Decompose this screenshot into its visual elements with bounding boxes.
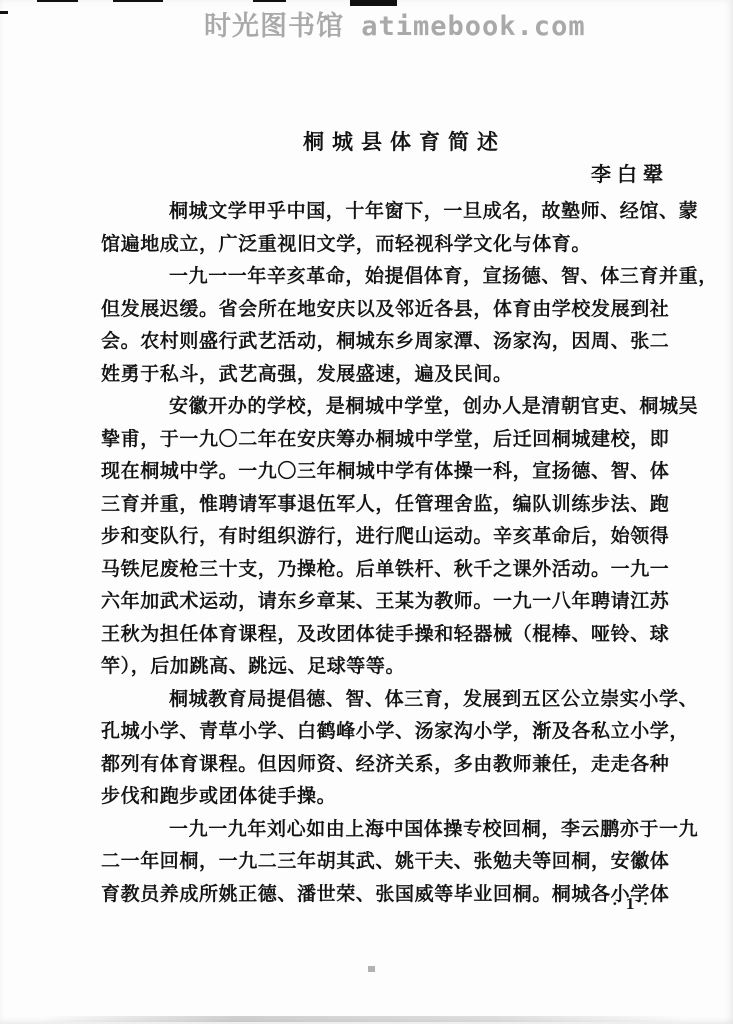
scan-artifact bbox=[37, 0, 78, 2]
text-line: 会。农村则盛行武艺活动，桐城东乡周家潭、汤家沟，因周、张二 bbox=[101, 326, 676, 359]
text-line: 挚甫，于一九〇二年在安庆筹办桐城中学堂，后迁回桐城建校，即 bbox=[101, 424, 676, 457]
text-line: 六年加武术运动，请东乡章某、王某为教师。一九一八年聘请江苏 bbox=[101, 586, 676, 619]
text-line: 育教员养成所姚正德、潘世荣、张国威等毕业回桐。桐城各小学体 bbox=[101, 879, 676, 912]
text-line: 步和变队行，有时组织游行，进行爬山运动。辛亥革命后，始领得 bbox=[101, 521, 676, 554]
scan-artifact bbox=[253, 0, 286, 2]
text-line: 孔城小学、青草小学、白鹤峰小学、汤家沟小学，渐及各私立小学， bbox=[101, 716, 676, 749]
text-line: 三育并重，惟聘请军事退伍军人，任管理舍监，编队训练步法、跑 bbox=[101, 489, 676, 522]
text-line: 一九一一年辛亥革命，始提倡体育，宣扬德、智、体三育并重， bbox=[101, 261, 676, 294]
text-line: 桐城教育局提倡德、智、体三育，发展到五区公立崇实小学、 bbox=[101, 684, 676, 717]
text-line: 安徽开办的学校，是桐城中学堂，创办人是清朝官吏、桐城吴 bbox=[101, 391, 676, 424]
text-line: 馆遍地成立，广泛重视旧文学，而轻视科学文化与体育。 bbox=[101, 229, 676, 262]
scanned-page: 时光图书馆 atimebook.com 桐城县体育简述 李白翚 桐城文学甲乎中国… bbox=[0, 0, 733, 1024]
page-title: 桐城县体育简述 bbox=[303, 126, 506, 156]
text-line: 桐城文学甲乎中国，十年窗下，一旦成名，故塾师、经馆、蒙 bbox=[101, 196, 676, 229]
text-line: 竿），后加跳高、跳远、足球等等。 bbox=[101, 651, 676, 684]
text-line: 但发展迟缓。省会所在地安庆以及邻近各县，体育由学校发展到社 bbox=[101, 294, 676, 327]
text-line: 王秋为担任体育课程，及改团体徒手操和轻器械（棍棒、哑铃、球 bbox=[101, 619, 676, 652]
text-line: 一九一九年刘心如由上海中国体操专校回桐，李云鹏亦于一九 bbox=[101, 814, 676, 847]
scan-artifact bbox=[368, 966, 375, 972]
watermark-text: 时光图书馆 atimebook.com bbox=[204, 4, 586, 43]
text-line: 二一年回桐，一九二三年胡其武、姚干夫、张勉夫等回桐，安徽体 bbox=[101, 846, 676, 879]
scan-artifact bbox=[0, 11, 8, 14]
text-line: 都列有体育课程。但因师资、经济关系，多由教师兼任，走走各种 bbox=[101, 749, 676, 782]
article-body: 桐城文学甲乎中国，十年窗下，一旦成名，故塾师、经馆、蒙 馆遍地成立，广泛重视旧文… bbox=[101, 196, 676, 911]
text-line: 马铁尼废枪三十支，乃操枪。后单铁杆、秋千之课外活动。一九一 bbox=[101, 554, 676, 587]
page-number: · 1 · bbox=[612, 894, 650, 914]
scan-artifact bbox=[113, 0, 163, 2]
text-line: 姓勇于私斗，武艺高强，发展盛速，遍及民间。 bbox=[101, 359, 676, 392]
text-line: 步伐和跑步或团体徒手操。 bbox=[101, 781, 676, 814]
text-line: 现在桐城中学。一九〇三年桐城中学有体操一科，宣扬德、智、体 bbox=[101, 456, 676, 489]
scan-edge-smudge bbox=[40, 1016, 690, 1022]
author-name: 李白翚 bbox=[591, 158, 669, 187]
